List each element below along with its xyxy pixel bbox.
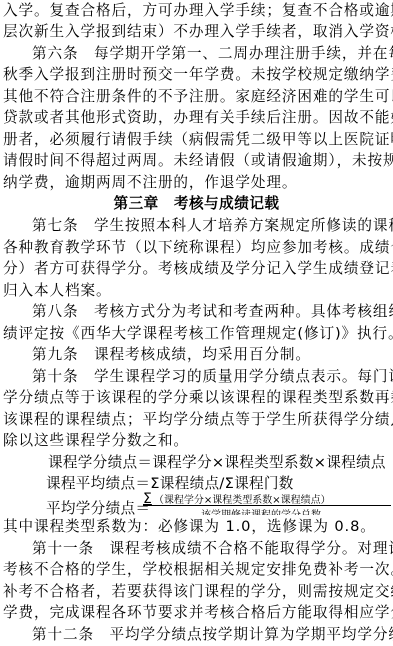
text-line: 层次新生入学报到结束）不办理入学手续者，取消入学资格。 xyxy=(3,21,391,43)
text-line: 各种教育教学环节（以下统称课程）均应参加考核。成绩合格（60 xyxy=(3,237,391,259)
text-line: 考核不合格的学生，学校根据相关规定安排免费补考一次。免费 xyxy=(3,559,391,581)
chapter-heading: 第三章 考核与成绩记载 xyxy=(0,193,393,215)
text-line: 该课程的课程绩点；平均学分绩点等于学生所获得学分绩点之和 xyxy=(3,409,391,431)
text-line: 纳学费，逾期两周不注册的，作退学处理。 xyxy=(3,172,391,194)
text-line: 贷款或者其他形式资助，办理有关手续后注册。因故不能如期注 xyxy=(3,107,391,129)
text-line: 请假时间不得超过两周。未经请假（或请假逾期），未按规定交 xyxy=(3,150,391,172)
text-line: 秋季入学报到注册时预交一年学费。未按学校规定缴纳学费或者 xyxy=(3,64,391,86)
article-12-start: 第十二条 平均学分绩点按学期计算为学期平均学分绩点； xyxy=(32,624,392,646)
text-line: 其中课程类型系数为：必修课为 1.0，选修课为 0.8。 xyxy=(3,516,391,538)
document-page: 入学。复查合格后，方可办理入学手续；复查不合格或逾期（同 层次新生入学报到结束）… xyxy=(0,0,393,646)
article-11-start: 第十一条 课程考核成绩不合格不能取得学分。对理论课程 xyxy=(32,538,392,560)
article-9: 第九条 课程考核成绩，均采用百分制。 xyxy=(32,344,392,366)
text-line: 归入本人档案。 xyxy=(3,280,391,302)
text-line: 学分绩点等于该课程的学分乘以该课程的课程类型系数再乘以 xyxy=(3,387,391,409)
text-line: 补考不合格者，若要获得该门课程的学分，则需按规定交纳学分 xyxy=(3,581,391,603)
article-8-start: 第八条 考核方式分为考试和考查两种。具体考核组织及成 xyxy=(32,301,392,323)
text-line: 除以这些课程学分数之和。 xyxy=(3,430,391,452)
text-line: 其他不符合注册条件的不予注册。家庭经济困难的学生可以申请 xyxy=(3,86,391,108)
text-line: 入学。复查合格后，方可办理入学手续；复查不合格或逾期（同 xyxy=(3,0,391,22)
article-7-start: 第七条 学生按照本科人才培养方案规定所修读的课程和 xyxy=(32,215,392,237)
text-line: 学费，完成课程各环节要求并考核合格后方能取得相应学分。 xyxy=(3,602,391,624)
text-line: 册者，必须履行请假手续（病假需凭二级甲等以上医院证明）， xyxy=(3,129,391,151)
formula-label: 平均学分绩点＝ xyxy=(46,497,150,518)
text-line: 绩评定按《西华大学课程考核工作管理规定(修订)》执行。 xyxy=(3,323,391,345)
formula-course-credit-gpa: 课程学分绩点＝课程学分×课程类型系数×课程绩点 xyxy=(48,452,393,474)
text-line: 分）者方可获得学分。考核成绩及学分记入学生成绩登记表，并 xyxy=(3,258,391,280)
article-6-start: 第六条 每学期开学第一、二周办理注册手续，并在每学年 xyxy=(32,43,392,65)
fraction-denominator: 该学期修读课程的学分总数 xyxy=(201,506,321,515)
article-10-start: 第十条 学生课程学习的质量用学分绩点表示。每门课程的 xyxy=(32,366,392,388)
